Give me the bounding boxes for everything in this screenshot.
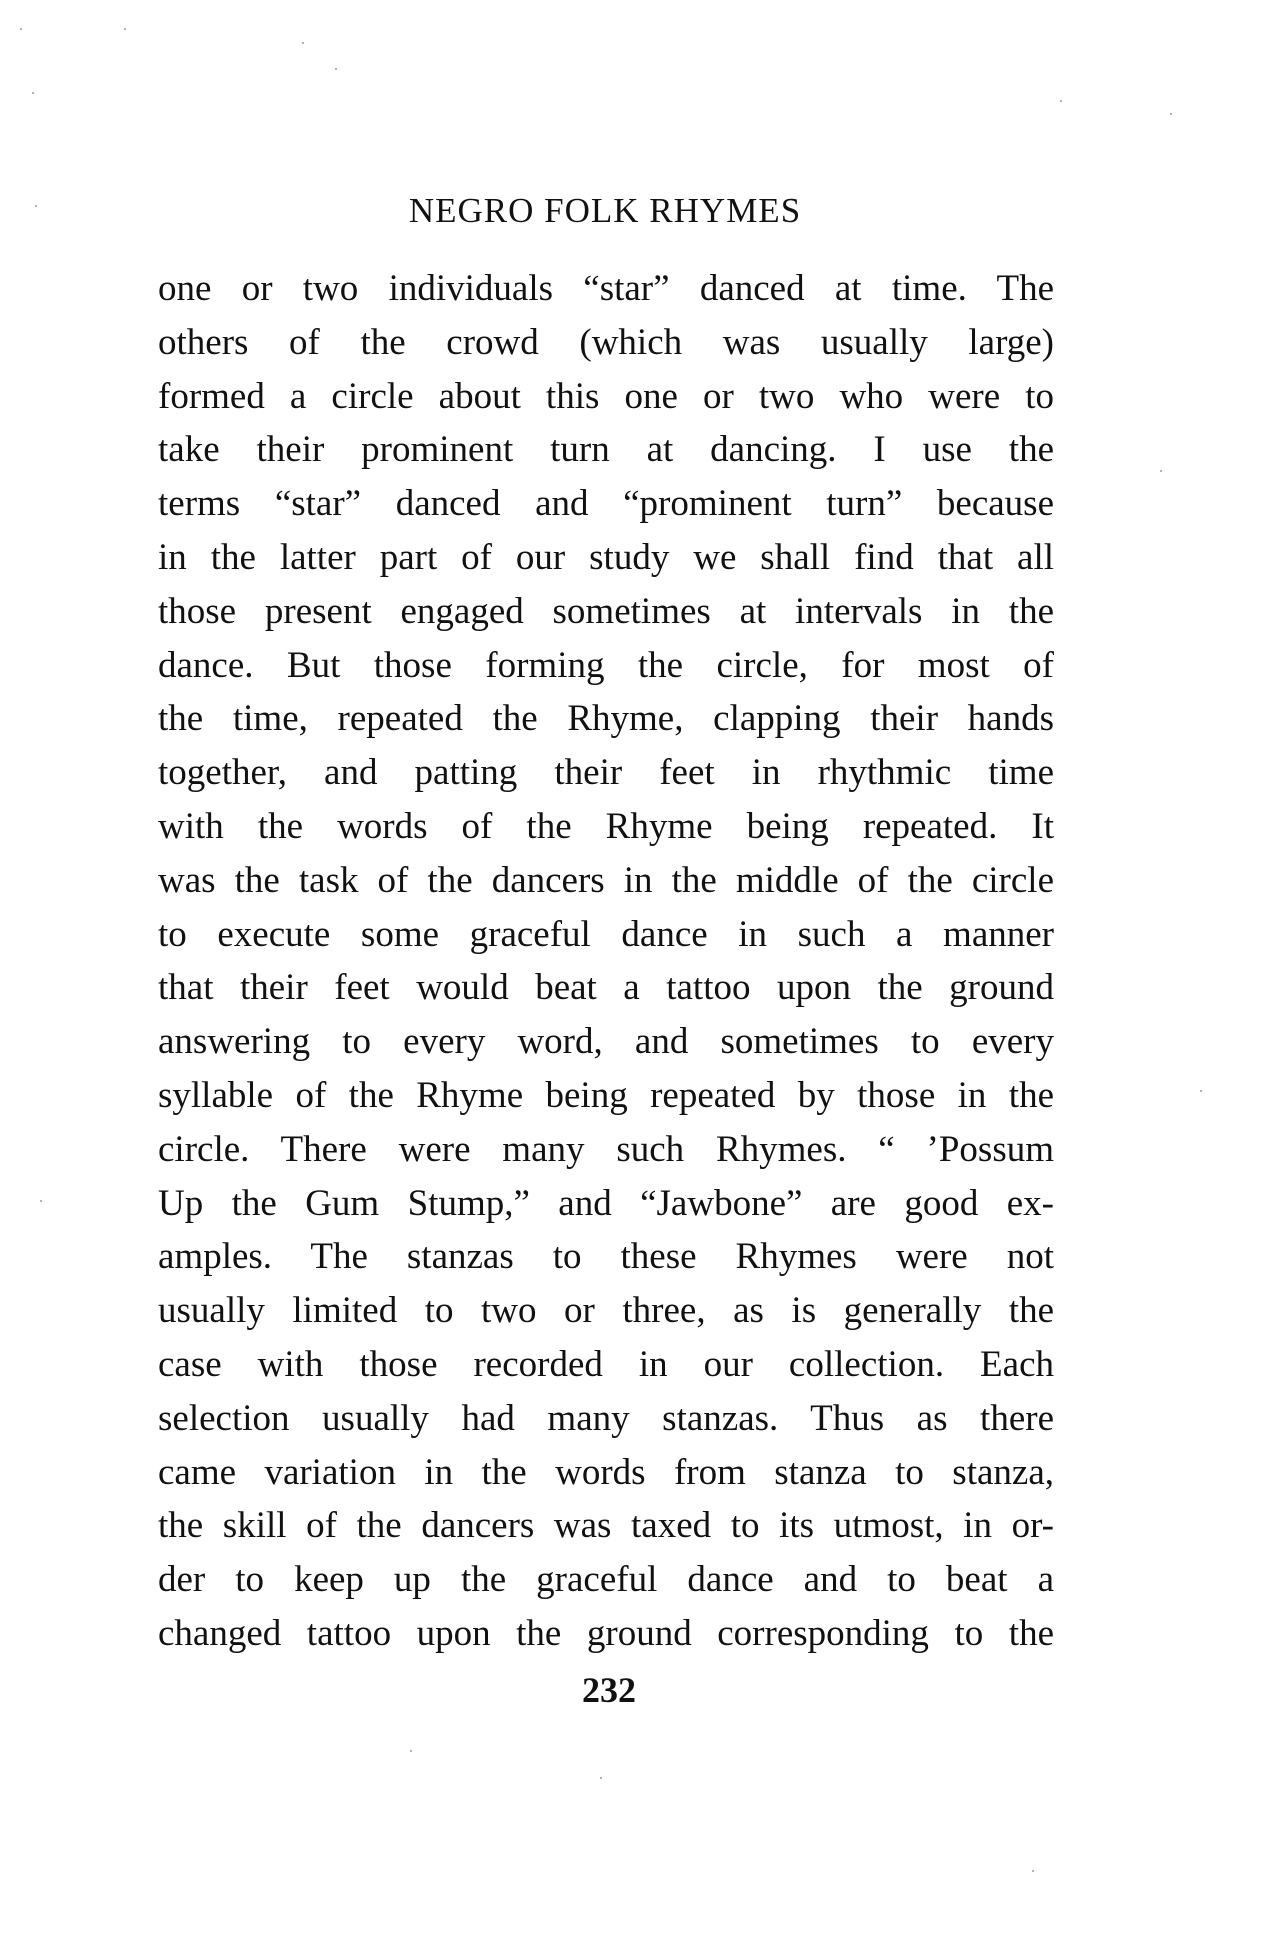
scan-speck (410, 1750, 412, 1752)
scan-speck (1032, 1870, 1034, 1872)
text-line: with the words of the Rhyme being repeat… (158, 800, 1054, 854)
text-line: that their feet would beat a tattoo upon… (158, 961, 1054, 1015)
text-line: amples. The stanzas to these Rhymes were… (158, 1230, 1054, 1284)
body-text: one or two individuals “star” danced at … (158, 262, 1054, 1661)
text-line: formed a circle about this one or two wh… (158, 370, 1054, 424)
scan-speck (124, 28, 126, 30)
scan-speck (32, 92, 34, 94)
page-number: 232 (0, 1670, 1218, 1710)
scan-speck (20, 28, 22, 30)
text-line: the time, repeated the Rhyme, clapping t… (158, 692, 1054, 746)
scan-speck (1160, 470, 1162, 472)
scan-speck (1200, 1090, 1202, 1092)
scan-speck (35, 205, 37, 207)
text-line: others of the crowd (which was usually l… (158, 316, 1054, 370)
text-line: dance. But those forming the circle, for… (158, 639, 1054, 693)
scan-speck (1060, 100, 1062, 102)
scan-speck (335, 68, 337, 70)
running-head: NEGRO FOLK RHYMES (0, 191, 1210, 231)
text-line: Up the Gum Stump,” and “Jawbone” are goo… (158, 1177, 1054, 1231)
text-line: case with those recorded in our collecti… (158, 1338, 1054, 1392)
scan-speck (40, 1200, 42, 1202)
text-line: syllable of the Rhyme being repeated by … (158, 1069, 1054, 1123)
text-line: answering to every word, and sometimes t… (158, 1015, 1054, 1069)
scan-speck (302, 42, 304, 44)
text-line: those present engaged sometimes at inter… (158, 585, 1054, 639)
scan-speck (600, 1777, 602, 1779)
text-line: selection usually had many stanzas. Thus… (158, 1392, 1054, 1446)
text-line: circle. There were many such Rhymes. “ ’… (158, 1123, 1054, 1177)
text-line: together, and patting their feet in rhyt… (158, 746, 1054, 800)
text-line: one or two individuals “star” danced at … (158, 262, 1054, 316)
text-line: usually limited to two or three, as is g… (158, 1284, 1054, 1338)
text-line: der to keep up the graceful dance and to… (158, 1553, 1054, 1607)
text-line: was the task of the dancers in the middl… (158, 854, 1054, 908)
text-line: to execute some graceful dance in such a… (158, 908, 1054, 962)
text-line: take their prominent turn at dancing. I … (158, 423, 1054, 477)
scan-speck (1170, 113, 1172, 115)
text-line: came variation in the words from stanza … (158, 1446, 1054, 1500)
text-line: terms “star” danced and “prominent turn”… (158, 477, 1054, 531)
text-line: the skill of the dancers was taxed to it… (158, 1499, 1054, 1553)
text-line: changed tattoo upon the ground correspon… (158, 1607, 1054, 1661)
text-line: in the latter part of our study we shall… (158, 531, 1054, 585)
